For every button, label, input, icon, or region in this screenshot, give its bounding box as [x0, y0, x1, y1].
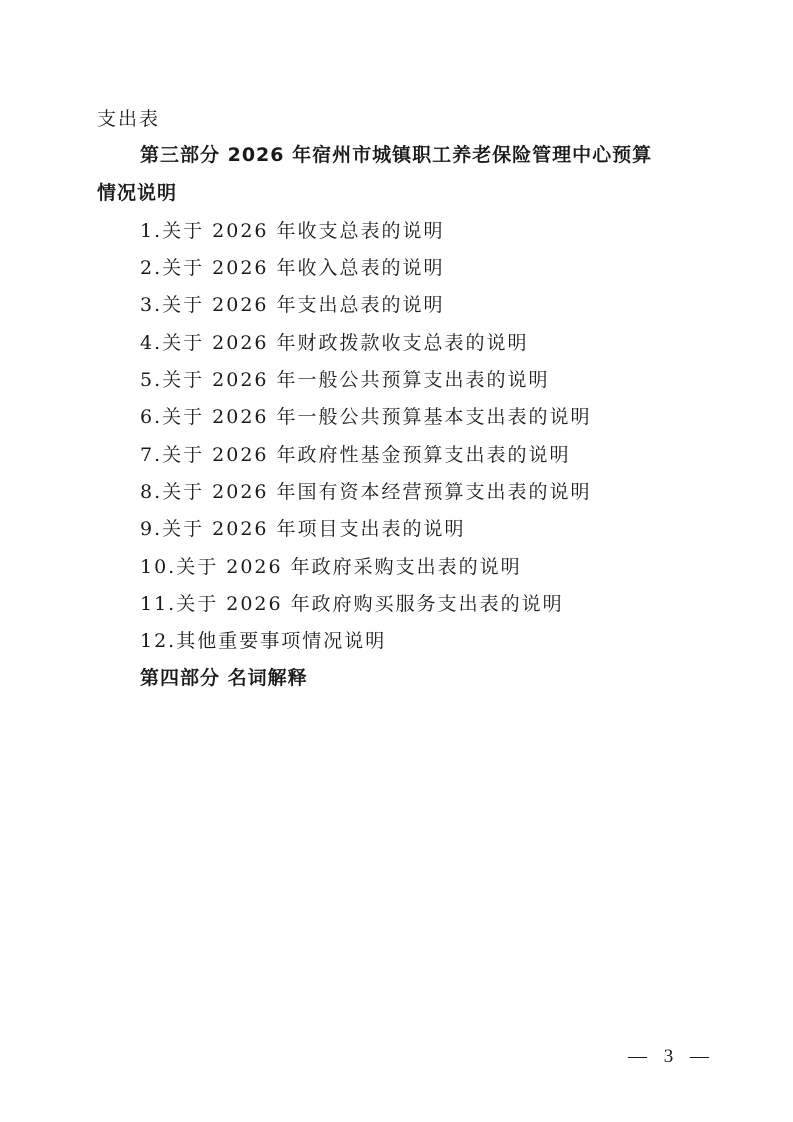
continued-text: 支出表: [97, 107, 160, 131]
toc-item: 9.关于 2026 年项目支出表的说明: [140, 517, 466, 541]
toc-item: 11.关于 2026 年政府购买服务支出表的说明: [140, 592, 564, 616]
toc-item: 8.关于 2026 年国有资本经营预算支出表的说明: [140, 480, 592, 504]
part3-heading: 第三部分 2026 年宿州市城镇职工养老保险管理中心预算: [140, 143, 652, 167]
toc-item: 5.关于 2026 年一般公共预算支出表的说明: [140, 368, 550, 392]
toc-item: 2.关于 2026 年收入总表的说明: [140, 256, 445, 280]
part4-heading: 第四部分 名词解释: [140, 666, 308, 690]
toc-item: 7.关于 2026 年政府性基金预算支出表的说明: [140, 443, 571, 467]
part3-heading-continued: 情况说明: [97, 181, 177, 205]
page-number: — 3 —: [628, 1046, 715, 1068]
toc-item: 10.关于 2026 年政府采购支出表的说明: [140, 555, 522, 579]
toc-item: 3.关于 2026 年支出总表的说明: [140, 293, 445, 317]
toc-item: 6.关于 2026 年一般公共预算基本支出表的说明: [140, 405, 592, 429]
toc-item: 4.关于 2026 年财政拨款收支总表的说明: [140, 331, 529, 355]
toc-item: 1.关于 2026 年收支总表的说明: [140, 219, 445, 243]
toc-item: 12.其他重要事项情况说明: [140, 629, 386, 653]
